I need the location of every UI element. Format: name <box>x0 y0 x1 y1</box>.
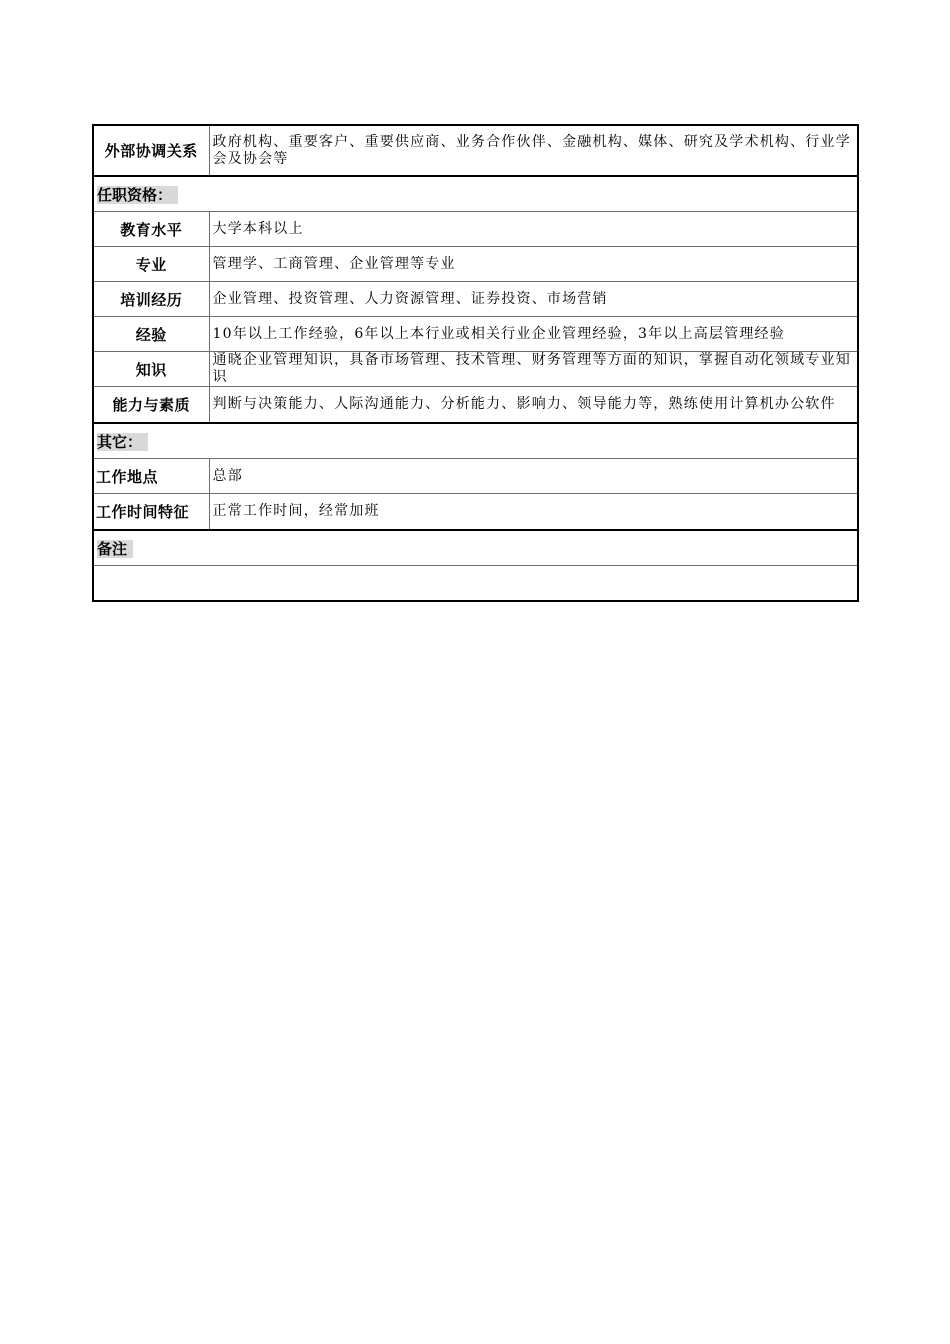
value-work-hours: 正常工作时间，经常加班 <box>209 494 858 531</box>
value-major: 管理学、工商管理、企业管理等专业 <box>209 247 858 282</box>
row-work-location: 工作地点 总部 <box>93 459 858 494</box>
value-experience: 10年以上工作经验，6年以上本行业或相关行业企业管理经验，3年以上高层管理经验 <box>209 317 858 352</box>
label-knowledge: 知识 <box>93 352 209 387</box>
row-remarks-content <box>93 566 858 602</box>
section-other: 其它： <box>93 423 858 459</box>
label-external-relations: 外部协调关系 <box>93 125 209 176</box>
job-description-table: 外部协调关系 政府机构、重要客户、重要供应商、业务合作伙伴、金融机构、媒体、研究… <box>92 124 859 602</box>
label-education: 教育水平 <box>93 212 209 247</box>
label-work-hours: 工作时间特征 <box>93 494 209 531</box>
value-knowledge: 通晓企业管理知识，具备市场管理、技术管理、财务管理等方面的知识，掌握自动化领域专… <box>209 352 858 387</box>
row-work-hours: 工作时间特征 正常工作时间，经常加班 <box>93 494 858 531</box>
label-training: 培训经历 <box>93 282 209 317</box>
value-training: 企业管理、投资管理、人力资源管理、证券投资、市场营销 <box>209 282 858 317</box>
row-training: 培训经历 企业管理、投资管理、人力资源管理、证券投资、市场营销 <box>93 282 858 317</box>
row-major: 专业 管理学、工商管理、企业管理等专业 <box>93 247 858 282</box>
section-title-other: 其它： <box>93 423 858 459</box>
value-education: 大学本科以上 <box>209 212 858 247</box>
section-qualifications: 任职资格： <box>93 176 858 212</box>
section-title-other-text: 其它： <box>97 433 148 451</box>
row-knowledge: 知识 通晓企业管理知识，具备市场管理、技术管理、财务管理等方面的知识，掌握自动化… <box>93 352 858 387</box>
section-title-qualifications: 任职资格： <box>93 176 858 212</box>
value-external-relations: 政府机构、重要客户、重要供应商、业务合作伙伴、金融机构、媒体、研究及学术机构、行… <box>209 125 858 176</box>
row-education: 教育水平 大学本科以上 <box>93 212 858 247</box>
label-experience: 经验 <box>93 317 209 352</box>
label-work-location: 工作地点 <box>93 459 209 494</box>
section-title-remarks: 备注 <box>93 530 858 566</box>
section-remarks: 备注 <box>93 530 858 566</box>
value-abilities: 判断与决策能力、人际沟通能力、分析能力、影响力、领导能力等，熟练使用计算机办公软… <box>209 387 858 424</box>
value-remarks <box>93 566 858 602</box>
value-work-location: 总部 <box>209 459 858 494</box>
row-external-relations: 外部协调关系 政府机构、重要客户、重要供应商、业务合作伙伴、金融机构、媒体、研究… <box>93 125 858 176</box>
row-experience: 经验 10年以上工作经验，6年以上本行业或相关行业企业管理经验，3年以上高层管理… <box>93 317 858 352</box>
section-title-remarks-text: 备注 <box>97 540 133 558</box>
label-major: 专业 <box>93 247 209 282</box>
section-title-qualifications-text: 任职资格： <box>97 186 178 204</box>
row-abilities: 能力与素质 判断与决策能力、人际沟通能力、分析能力、影响力、领导能力等，熟练使用… <box>93 387 858 424</box>
document-page: 外部协调关系 政府机构、重要客户、重要供应商、业务合作伙伴、金融机构、媒体、研究… <box>0 0 950 1344</box>
label-abilities: 能力与素质 <box>93 387 209 424</box>
